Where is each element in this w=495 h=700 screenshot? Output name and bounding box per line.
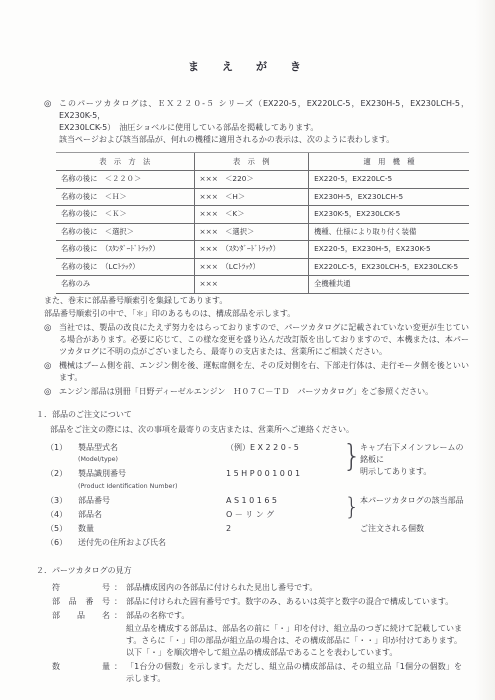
nameplate-note: キャブ右下メインフレームの銘板に 明示してあります。 bbox=[360, 442, 469, 478]
item-number: （1） bbox=[46, 442, 78, 454]
definition-row: 数 量 ： 「1台分の個数」を示します。ただし、組立品の構成部品は、その組立品「… bbox=[52, 661, 469, 685]
cell-models: EX230H-5，EX230LCH-5 bbox=[309, 188, 469, 206]
cell-models: EX220-5，EX230H-5，EX230K-5 bbox=[309, 241, 469, 259]
item-label-en: (Model/type) bbox=[78, 454, 226, 466]
cell-example: ××× ＜220＞ bbox=[194, 171, 309, 189]
item-label-jp: 製品型式名 bbox=[78, 443, 118, 452]
cell-method: 名称のみ bbox=[56, 276, 194, 294]
catalog-note: 本パーツカタログの該当部品 bbox=[360, 495, 469, 507]
def-colon: ： bbox=[110, 610, 126, 659]
table-row: 名称の後に （ｽﾀﾝﾀﾞｰﾄﾞﾄﾗｯｸ） ××× （ｽﾀﾝﾀﾞｰﾄﾞﾄﾗｯｸ） … bbox=[56, 241, 469, 259]
def-term: 符 号 bbox=[52, 582, 110, 594]
table-row: 名称の後に （LCﾄﾗｯｸ） ××× （LCﾄﾗｯｸ） EX220LC-5，EX… bbox=[56, 258, 469, 276]
cell-example: ××× bbox=[194, 276, 309, 294]
definition-row: 部 品 番 号 ： 部品に付けられた固有番号です。数字のみ、あるいは英字と数字の… bbox=[52, 596, 469, 608]
def-description: 「1台分の個数」を示します。ただし、組立品の構成部品は、その組立品「1個分の個数… bbox=[126, 661, 462, 685]
cell-method: 名称の後に ＜Ｋ＞ bbox=[56, 206, 194, 224]
cell-models: 機種、仕様により取り付く装備 bbox=[309, 223, 469, 241]
cell-method: 名称の後に ＜選択＞ bbox=[56, 223, 194, 241]
item-value: AS10165 bbox=[226, 495, 344, 507]
engine-text: エンジン部品は別冊「日野ディーゼルエンジン Ｈ０７Ｃ－ＴＤ パーツカタログ」をご… bbox=[59, 386, 469, 398]
def-description: 部品の名称です。 組立品を構成する部品は、部品名の前に「・」印を付け、組立品のつ… bbox=[126, 610, 462, 659]
cell-method: 名称の後に ＜２２０＞ bbox=[56, 171, 194, 189]
scanned-document-page: ま え が き ◎ このパーツカタログは、ＥＸ２２０-５ シリーズ（EX220-… bbox=[0, 0, 495, 700]
quantity-note: ご注文される個数 bbox=[360, 523, 469, 535]
cell-models: 全機種共通 bbox=[309, 276, 469, 294]
header-models: 適 用 機 種 bbox=[309, 153, 469, 171]
def-colon: ： bbox=[110, 582, 126, 594]
section2-heading: ２．パーツカタログの見方 bbox=[36, 565, 469, 577]
definition-row: 部 品 名 ： 部品の名称です。 組立品を構成する部品は、部品名の前に「・」印を… bbox=[52, 610, 469, 659]
item-label: 製品型式名 (Model/type) bbox=[78, 442, 226, 467]
table-row: 名称のみ ××× 全機種共通 bbox=[56, 276, 469, 294]
double-circle-marker: ◎ bbox=[44, 322, 54, 358]
def-term: 数 量 bbox=[52, 661, 110, 685]
item-label: 部品名 bbox=[78, 509, 226, 521]
item-number: （4） bbox=[46, 509, 78, 521]
cell-models: EX220LC-5，EX230LCH-5，EX230LCK-5 bbox=[309, 258, 469, 276]
def-desc-text: 部品構成図内の各部品に付けられた見出し番号です。 bbox=[126, 582, 462, 594]
nameplate-note-line1: キャブ右下メインフレームの銘板に bbox=[360, 442, 469, 466]
index-note-2: 部品番号順索引の中で、「＊」印のあるものは、構成部品を示します。 bbox=[44, 308, 469, 320]
header-method: 表 示 方 法 bbox=[56, 153, 194, 171]
index-note-1: また、巻末に部品番号順索引を集録してあります。 bbox=[44, 295, 469, 307]
item-number: （3） bbox=[46, 495, 78, 507]
definition-list: 符 号 ： 部品構成図内の各部品に付けられた見出し番号です。 部 品 番 号 ：… bbox=[52, 582, 469, 685]
engine-paragraph: ◎ エンジン部品は別冊「日野ディーゼルエンジン Ｈ０７Ｃ－ＴＤ パーツカタログ」… bbox=[44, 386, 469, 398]
table-row: 名称の後に ＜２２０＞ ××× ＜220＞ EX220-5，EX220LC-5 bbox=[56, 171, 469, 189]
item-label-jp: 製品識別番号 bbox=[78, 469, 126, 478]
model-value: EX220-5 bbox=[250, 443, 301, 452]
curly-brace: } bbox=[344, 442, 360, 472]
item-number: （2） bbox=[46, 468, 78, 480]
cell-example: ××× ＜K＞ bbox=[194, 206, 309, 224]
direction-paragraph: ◎ 機械はブーム側を前、エンジン側を後、運転席側を左、その反対側を右、下部走行体… bbox=[44, 360, 469, 384]
intro-line-1: このパーツカタログは、ＥＸ２２０-５ シリーズ（EX220-5，EX220LC-… bbox=[59, 98, 469, 122]
definition-row: 符 号 ： 部品構成図内の各部品に付けられた見出し番号です。 bbox=[52, 582, 469, 594]
revision-paragraph: ◎ 当社では、製品の改良にたえず努力をはらっておりますので、パーツカタログに記載… bbox=[44, 322, 469, 358]
intro-line-3: 該当ページおよび該当部品が、何れの機種に適用されるかの表示は、次のように表わしま… bbox=[59, 134, 469, 146]
cell-example: ××× ＜選択＞ bbox=[194, 223, 309, 241]
notation-table: 表 示 方 法 表 示 例 適 用 機 種 名称の後に ＜２２０＞ ××× ＜2… bbox=[56, 152, 469, 294]
notation-header-row: 表 示 方 法 表 示 例 適 用 機 種 bbox=[56, 153, 469, 171]
curly-brace: } bbox=[344, 495, 360, 519]
page-content: ◎ このパーツカタログは、ＥＸ２２０-５ シリーズ（EX220-5，EX220L… bbox=[44, 98, 469, 685]
nameplate-note-line2: 明示してあります。 bbox=[360, 466, 469, 478]
intro-paragraph: ◎ このパーツカタログは、ＥＸ２２０-５ シリーズ（EX220-5，EX220L… bbox=[44, 98, 469, 146]
example-prefix: （例） bbox=[226, 443, 250, 452]
table-row: 名称の後に ＜Ｋ＞ ××× ＜K＞ EX230K-5，EX230LCK-5 bbox=[56, 206, 469, 224]
def-desc-text: 部品に付けられた固有番号です。数字のみ、あるいは英字と数字の混合で構成しています… bbox=[126, 596, 462, 608]
table-row: 名称の後に ＜選択＞ ××× ＜選択＞ 機種、仕様により取り付く装備 bbox=[56, 223, 469, 241]
double-circle-marker: ◎ bbox=[44, 360, 54, 384]
item-value: （例）EX220-5 bbox=[226, 442, 344, 454]
item-label: 部品番号 bbox=[78, 495, 226, 507]
def-desc-text: 「1台分の個数」を示します。ただし、組立品の構成部品は、その組立品「1個分の個数… bbox=[126, 661, 462, 685]
cell-example: ××× ＜H＞ bbox=[194, 188, 309, 206]
double-circle-marker: ◎ bbox=[44, 98, 54, 146]
table-row: 名称の後に ＜Ｈ＞ ××× ＜H＞ EX230H-5，EX230LCH-5 bbox=[56, 188, 469, 206]
def-colon: ： bbox=[110, 596, 126, 608]
cell-example: ××× （LCﾄﾗｯｸ） bbox=[194, 258, 309, 276]
intro-text: このパーツカタログは、ＥＸ２２０-５ シリーズ（EX220-5，EX220LC-… bbox=[59, 98, 469, 146]
def-desc-text: 部品の名称です。 bbox=[126, 610, 462, 622]
item-number: （5） bbox=[46, 523, 78, 535]
item-label-en: (Product Identification Number) bbox=[78, 481, 226, 493]
section1-intro: 部品をご注文の際には、次の事項を最寄りの支店または、営業所へご連絡ください。 bbox=[50, 424, 469, 436]
cell-example: ××× （ｽﾀﾝﾀﾞｰﾄﾞﾄﾗｯｸ） bbox=[194, 241, 309, 259]
cell-method: 名称の後に ＜Ｈ＞ bbox=[56, 188, 194, 206]
item-label: 数量 bbox=[78, 523, 226, 535]
def-desc-text2: 組立品を構成する部品は、部品名の前に「・」印を付け、組立品のつぎに続けて記載して… bbox=[126, 623, 462, 659]
header-example: 表 示 例 bbox=[194, 153, 309, 171]
revision-text: 当社では、製品の改良にたえず努力をはらっておりますので、パーツカタログに記載され… bbox=[59, 322, 469, 358]
def-term: 部 品 名 bbox=[52, 610, 110, 659]
item-value: 2 bbox=[226, 523, 344, 535]
cell-method: 名称の後に （LCﾄﾗｯｸ） bbox=[56, 258, 194, 276]
section1-heading: １．部品のご注文について bbox=[36, 409, 469, 421]
def-description: 部品に付けられた固有番号です。数字のみ、あるいは英字と数字の混合で構成しています… bbox=[126, 596, 462, 608]
cell-method: 名称の後に （ｽﾀﾝﾀﾞｰﾄﾞﾄﾗｯｸ） bbox=[56, 241, 194, 259]
item-number: （6） bbox=[46, 537, 78, 549]
def-description: 部品構成図内の各部品に付けられた見出し番号です。 bbox=[126, 582, 462, 594]
page-title: ま え が き bbox=[0, 58, 495, 74]
order-items: （1） 製品型式名 (Model/type) （例）EX220-5 （2） 製品… bbox=[46, 442, 469, 549]
item-value: 15HP001001 bbox=[226, 468, 344, 480]
intro-line-2: EX230LCK-5） 油圧ショベルに使用している部品を掲載してあります。 bbox=[59, 122, 469, 134]
cell-models: EX230K-5，EX230LCK-5 bbox=[309, 206, 469, 224]
double-circle-marker: ◎ bbox=[44, 386, 54, 398]
item-value: O－リング bbox=[226, 509, 344, 521]
cell-models: EX220-5，EX220LC-5 bbox=[309, 171, 469, 189]
direction-text: 機械はブーム側を前、エンジン側を後、運転席側を左、その反対側を右、下部走行体は、… bbox=[59, 360, 469, 384]
def-term: 部 品 番 号 bbox=[52, 596, 110, 608]
item-label: 製品識別番号 (Product Identification Number) bbox=[78, 468, 226, 493]
def-colon: ： bbox=[110, 661, 126, 685]
item-label: 送付先の住所および氏名 bbox=[78, 537, 360, 549]
